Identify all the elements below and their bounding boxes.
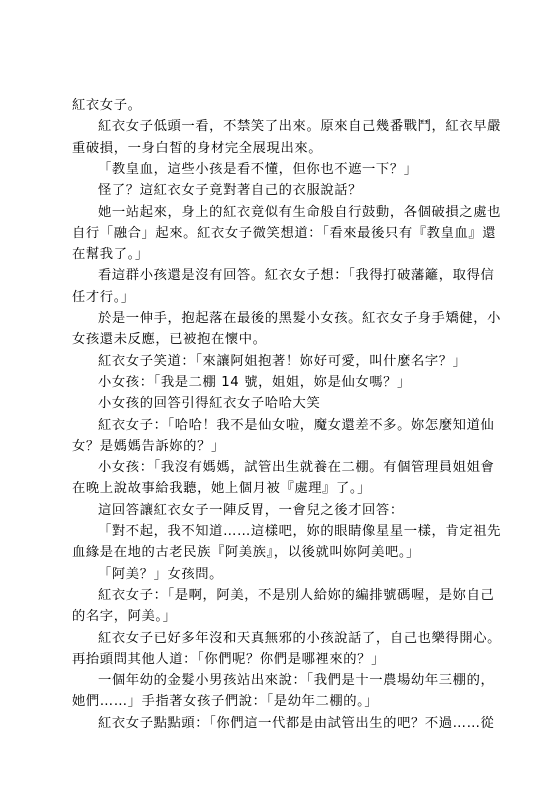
text-line: 紅衣女子已好多年沒和天真無邪的小孩說話了，自己也樂得開心。 bbox=[98, 628, 501, 649]
text-line: 一個年幼的金髮小男孩站出來說：「我們是十一農場幼年三棚的， bbox=[98, 670, 494, 691]
text-line: 女？是媽媽告訴妳的？」 bbox=[72, 436, 225, 457]
text-line: 紅衣女子低頭一看，不禁笑了出來。原來自己幾番戰鬥，紅衣早嚴 bbox=[98, 116, 501, 137]
text-line: 女孩還未反應，已被抱在懷中。 bbox=[72, 329, 267, 350]
text-line: 小女孩：「我沒有媽媽，試管出生就養在二棚。有個管理員姐姐會 bbox=[98, 457, 494, 478]
text-line: 「對不起，我不知道……這樣吧，妳的眼睛像星星一樣，肯定祖先 bbox=[98, 521, 501, 542]
text-line: 重破損，一身白皙的身材完全展現出來。 bbox=[72, 138, 322, 159]
text-line: 她一站起來，身上的紅衣竟似有生命般自行鼓動，各個破損之處也 bbox=[98, 202, 501, 223]
text-line: 紅衣女子：「是啊，阿美，不是別人給妳的編排號碼喔，是妳自己 bbox=[98, 585, 494, 606]
text-line: 再抬頭問其他人道：「你們呢？你們是哪裡來的？」 bbox=[72, 649, 385, 670]
text-line: 「教皇血，這些小孩是看不懂，但你也不遮一下？」 bbox=[98, 159, 418, 180]
text-line: 紅衣女子。 bbox=[72, 95, 141, 116]
text-line: 紅衣女子：「哈哈！我不是仙女啦，魔女還差不多。妳怎麼知道仙 bbox=[98, 415, 494, 436]
text-line: 怪了？這紅衣女子竟對著自己的衣服說話？ bbox=[98, 180, 362, 201]
text-line: 在晚上說故事給我聽，她上個月被『處理』了。」 bbox=[72, 478, 371, 499]
text-line: 任才行。」 bbox=[72, 287, 135, 308]
text-line: 紅衣女子笑道：「來讓阿姐抱著！妳好可愛，叫什麼名字？」 bbox=[98, 351, 467, 372]
text-line: 她們……」手指著女孩子們說：「是幼年二棚的。」 bbox=[72, 691, 378, 712]
text-line: 紅衣女子點點頭：「你們這一代都是由試管出生的吧？不過……從 bbox=[98, 713, 494, 734]
text-line: 的名字，阿美。」 bbox=[72, 606, 177, 627]
text-line: 看這群小孩還是沒有回答。紅衣女子想：「我得打破藩籬，取得信 bbox=[98, 265, 494, 286]
text-line: 小女孩：「我是二棚 14 號，姐姐，妳是仙女嗎？」 bbox=[98, 372, 411, 393]
text-line: 這回答讓紅衣女子一陣反胃，一會兒之後才回答： bbox=[98, 500, 404, 521]
text-line: 小女孩的回答引得紅衣女子哈哈大笑 bbox=[98, 393, 320, 414]
text-line: 自行「融合」起來。紅衣女子微笑想道：「看來最後只有『教皇血』還 bbox=[72, 223, 496, 244]
text-line: 「阿美？」女孩問。 bbox=[98, 564, 223, 585]
text-line: 在幫我了。」 bbox=[72, 244, 149, 265]
text-line: 於是一伸手，抱起落在最後的黑髮小女孩。紅衣女子身手矯健，小 bbox=[98, 308, 501, 329]
text-line: 血緣是在地的古老民族『阿美族』，以後就叫妳阿美吧。」 bbox=[72, 542, 420, 563]
